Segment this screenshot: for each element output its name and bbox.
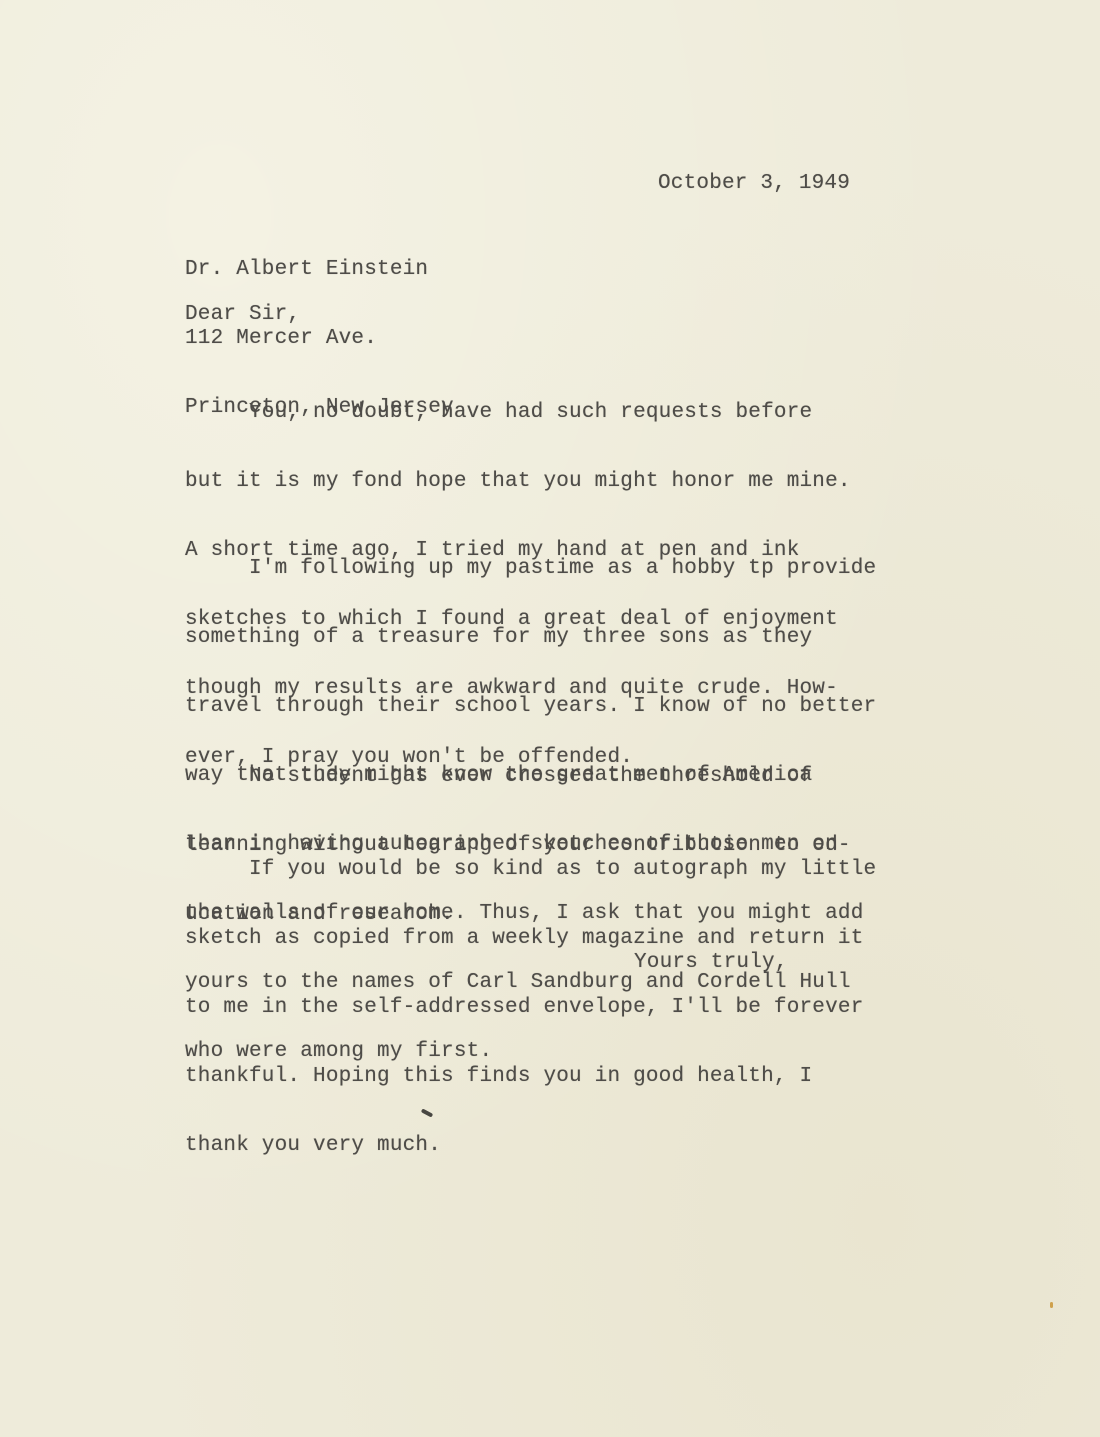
paragraph-line: but it is my fond hope that you might ho… (185, 470, 851, 493)
paragraph-line: No student has ever crossed the threshol… (185, 765, 851, 788)
paper-stain (1050, 1302, 1053, 1308)
closing: Yours truly, (634, 951, 788, 974)
paragraph-line: to me in the self-addressed envelope, I'… (185, 996, 876, 1019)
recipient-name: Dr. Albert Einstein (185, 258, 454, 281)
letter-date: October 3, 1949 (658, 172, 850, 195)
paragraph-line: If you would be so kind as to autograph … (185, 858, 876, 881)
paragraph-line: You, no doubt, have had such requests be… (185, 401, 851, 424)
paragraph-line: something of a treasure for my three son… (185, 626, 876, 649)
body-paragraph-4: If you would be so kind as to autograph … (185, 812, 876, 1180)
paragraph-line: sketch as copied from a weekly magazine … (185, 927, 876, 950)
paragraph-line: travel through their school years. I kno… (185, 695, 876, 718)
paragraph-line: I'm following up my pastime as a hobby t… (185, 557, 876, 580)
salutation: Dear Sir, (185, 303, 300, 326)
paragraph-line: thank you very much. (185, 1134, 876, 1157)
paragraph-line: thankful. Hoping this finds you in good … (185, 1065, 876, 1088)
recipient-street: 112 Mercer Ave. (185, 327, 454, 350)
